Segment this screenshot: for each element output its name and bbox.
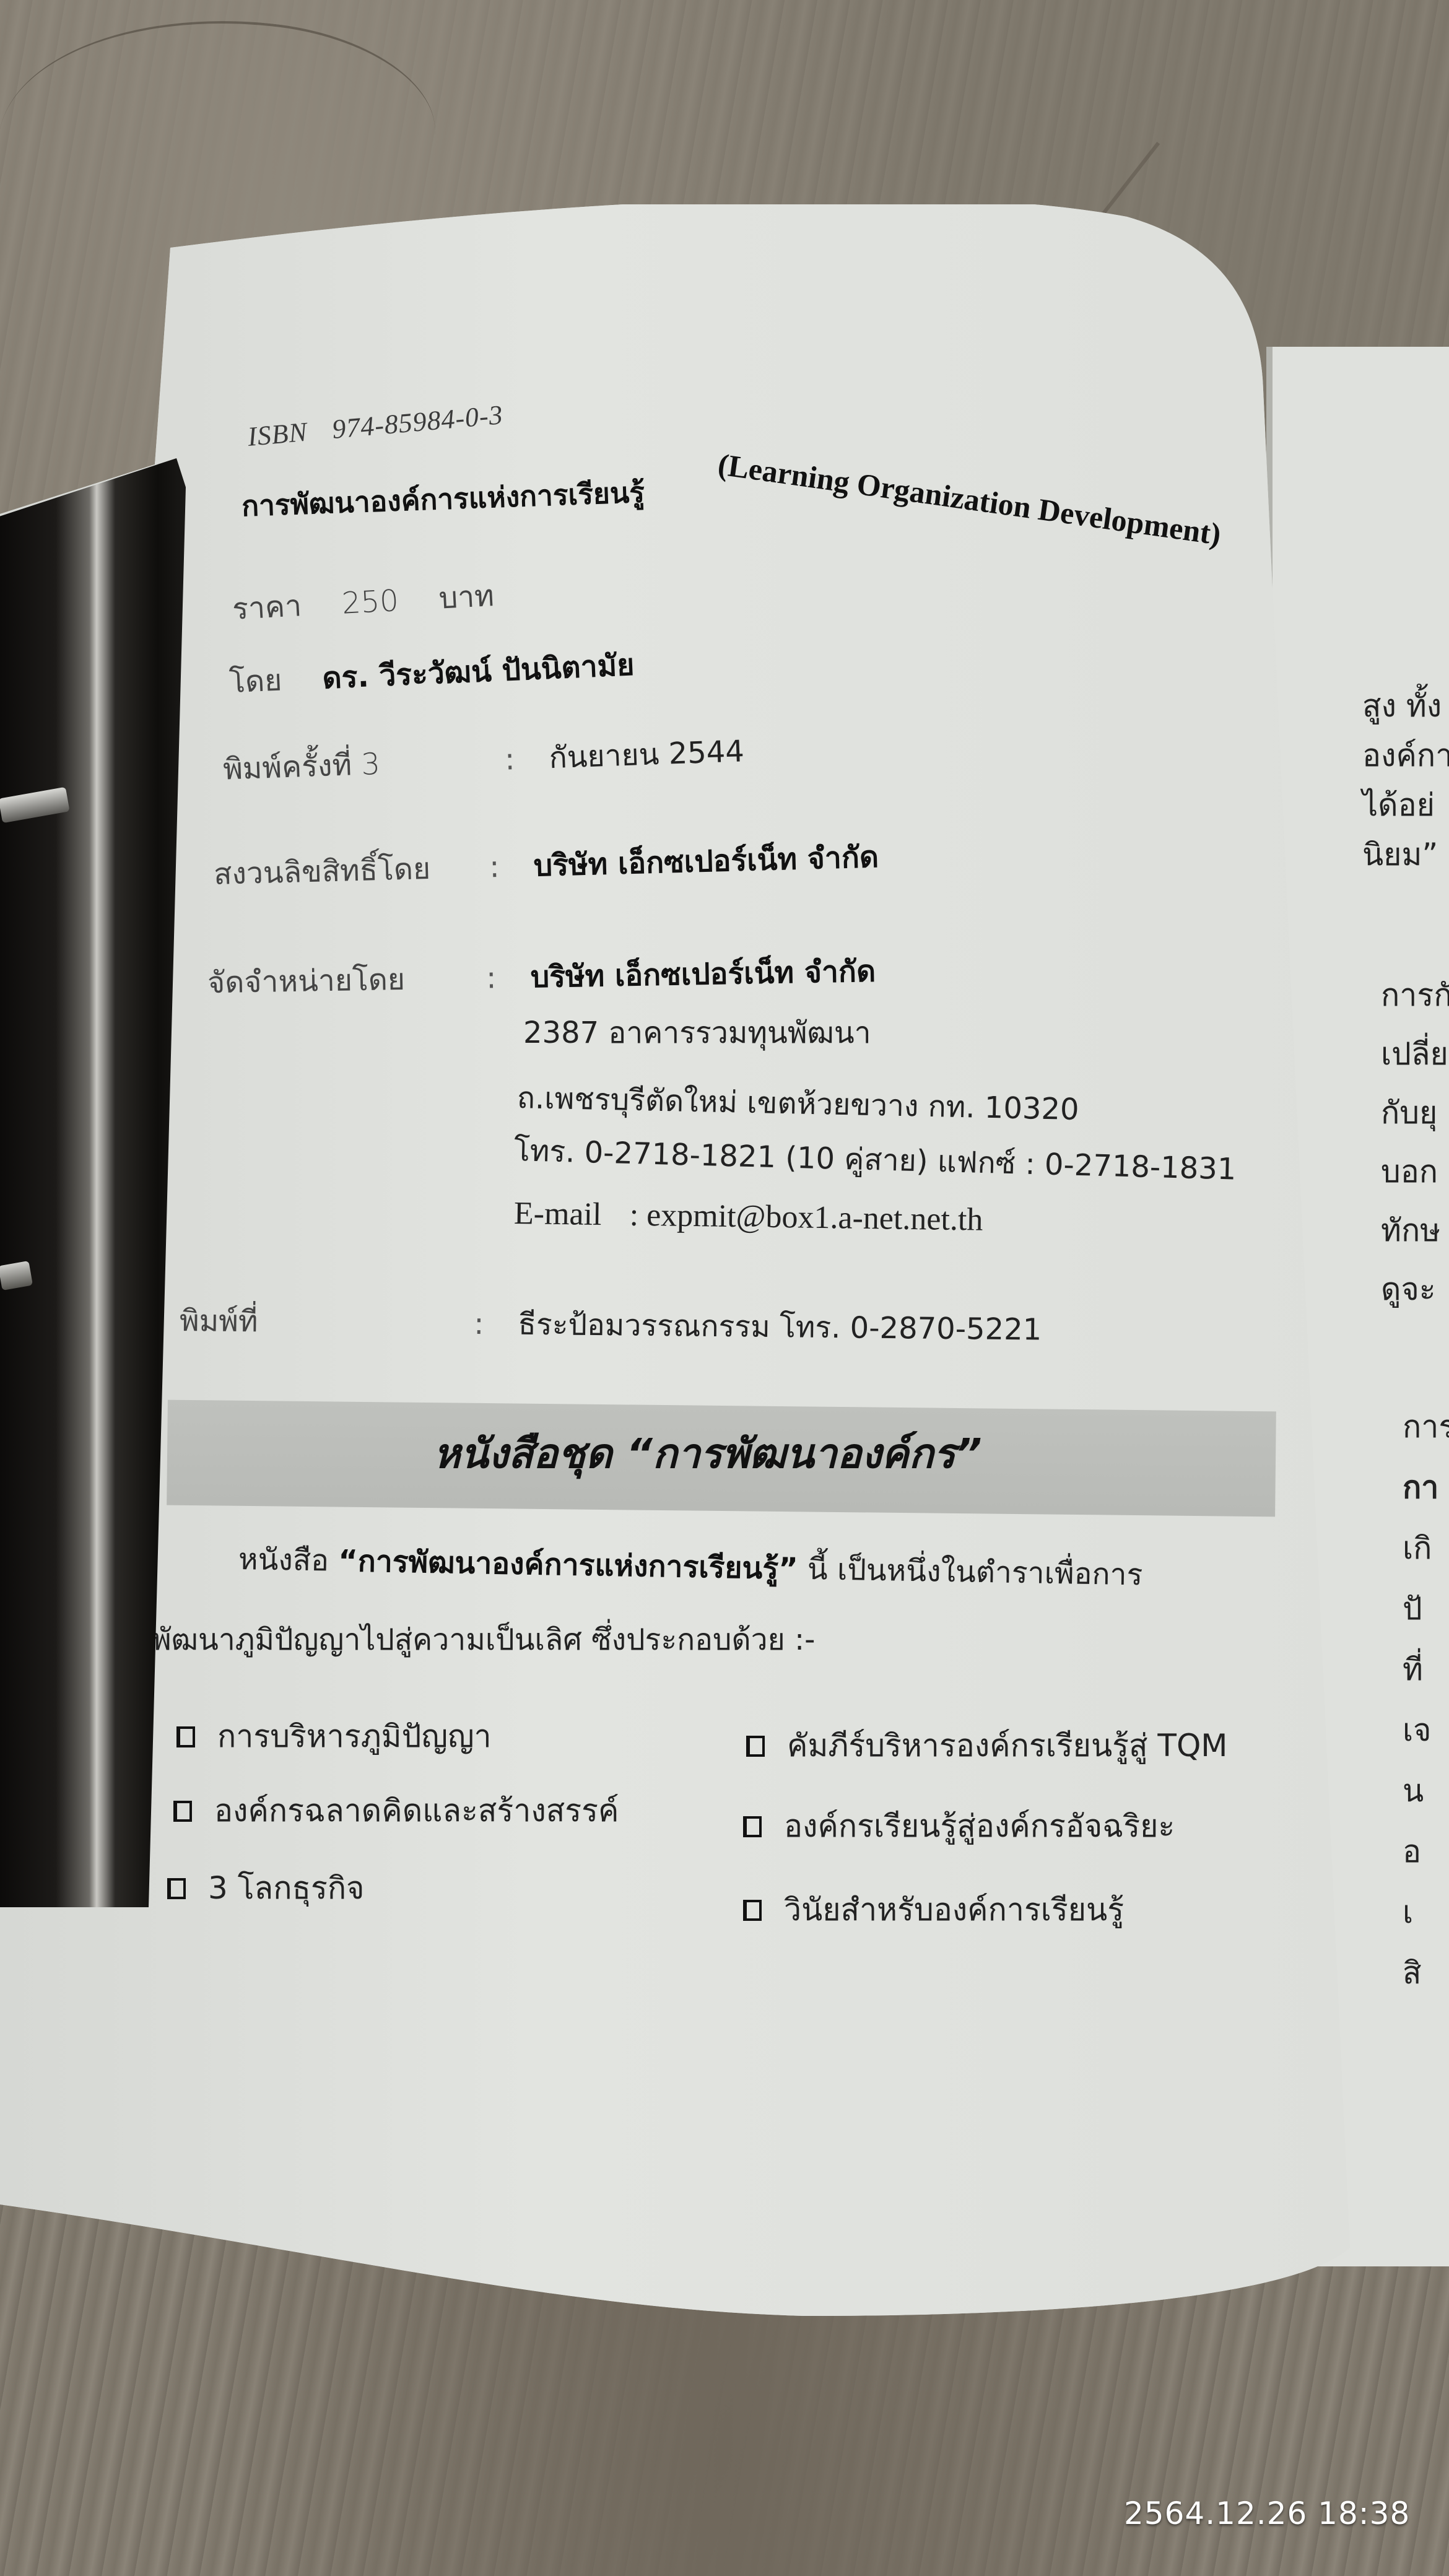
distributor-row: จัดจำหน่ายโดย : บริษัท เอ็กซเปอร์เน็ท จำ… <box>207 948 876 1007</box>
price-label: ราคา <box>232 588 303 627</box>
distributor-company: บริษัท เอ็กซเปอร์เน็ท จำกัด <box>530 954 876 995</box>
printer-value: ธีระป้อมวรรณกรรม โทร. 0-2870-5221 <box>518 1307 1042 1347</box>
edition-row: พิมพ์ครั้งที่ 3 : กันยายน 2544 <box>222 728 745 793</box>
author-row: โดย ดร. วีระวัฒน์ ปันนิตามัย <box>228 642 635 706</box>
distributor-label: จัดจำหน่ายโดย <box>207 955 477 1007</box>
author-name: ดร. วีระวัฒน์ ปันนิตามัย <box>321 648 635 696</box>
series-book-title: การบริหารภูมิปัญญา <box>217 1712 492 1761</box>
colon: : <box>474 1307 484 1341</box>
checkbox-square-icon <box>746 1736 765 1757</box>
checkbox-square-icon <box>743 1816 762 1837</box>
series-book-item: องค์กรเรียนรู้สู่องค์กรอัจฉริยะ <box>743 1802 1175 1851</box>
copyright-label: สงวนลิขสิทธิ์โดย <box>213 844 481 898</box>
series-book-title: วินัยสำหรับองค์การเรียนรู้ <box>784 1886 1124 1934</box>
series-book-item: คัมภีร์บริหารองค์กรเรียนรู้สู่ TQM <box>746 1721 1227 1770</box>
distributor-address-1: 2387 อาคารรวมทุนพัฒนา <box>523 1009 871 1056</box>
edition-label: พิมพ์ครั้งที่ 3 <box>222 736 496 793</box>
intro-suffix: นี้ เป็นหนึ่งในตำราเพื่อการ <box>798 1552 1143 1593</box>
author-label: โดย <box>228 663 282 700</box>
colon: : <box>486 960 497 995</box>
isbn-label: ISBN <box>246 417 309 452</box>
series-book-title: คัมภีร์บริหารองค์กรเรียนรู้สู่ TQM <box>787 1721 1227 1770</box>
checkbox-square-icon <box>167 1878 186 1899</box>
distributor-address-2: ถ.เพชรบุรีตัดใหม่ เขตห้วยขวาง กท. 10320 <box>516 1074 1079 1133</box>
book-title-english: (Learning Organization Development) <box>716 446 1223 552</box>
colon: : <box>489 850 500 884</box>
isbn: ISBN974-85984-0-3 <box>246 399 505 453</box>
price-unit: บาท <box>438 578 495 616</box>
copyright-holder: บริษัท เอ็กซเปอร์เน็ท จำกัด <box>533 840 879 884</box>
series-book-item: องค์กรฉลาดคิดและสร้างสรรค์ <box>173 1786 619 1835</box>
copyright-page-content: ISBN974-85984-0-3 การพัฒนาองค์การแห่งการ… <box>0 0 1449 2576</box>
intro-book-title: “การพัฒนาองค์การแห่งการเรียนรู้” <box>338 1544 798 1586</box>
series-book-title: องค์กรฉลาดคิดและสร้างสรรค์ <box>214 1786 619 1835</box>
edition-date: กันยายน 2544 <box>549 734 745 775</box>
printer-row: พิมพ์ที่ : ธีระป้อมวรรณกรรม โทร. 0-2870-… <box>180 1297 1042 1354</box>
book-title-thai: การพัฒนาองค์การแห่งการเรียนรู้ <box>241 470 645 529</box>
printer-label: พิมพ์ที่ <box>180 1297 465 1347</box>
series-book-title: องค์กรเรียนรู้สู่องค์กรอัจฉริยะ <box>784 1802 1175 1851</box>
checkbox-square-icon <box>173 1801 192 1822</box>
photo-timestamp: 2564.12.26 18:38 <box>1124 2495 1410 2531</box>
series-intro-line-2: พัฒนาภูมิปัญญาไปสู่ความเป็นเลิศ ซึ่งประก… <box>152 1616 815 1663</box>
email-label: E-mail <box>514 1196 602 1232</box>
colon: : <box>504 742 515 777</box>
price-amount: 250 <box>341 583 399 621</box>
series-intro-line-1: หนังสือ “การพัฒนาองค์การแห่งการเรียนรู้”… <box>238 1536 1143 1598</box>
copyright-row: สงวนลิขสิทธิ์โดย : บริษัท เอ็กซเปอร์เน็ท… <box>213 833 879 898</box>
isbn-value: 974-85984-0-3 <box>331 399 504 445</box>
intro-prefix: หนังสือ <box>238 1542 339 1578</box>
email-value: : expmit@box1.a-net.net.th <box>629 1198 983 1238</box>
series-book-item: วินัยสำหรับองค์การเรียนรู้ <box>743 1886 1124 1934</box>
checkbox-square-icon <box>176 1726 195 1747</box>
series-book-item: 3 โลกธุรกิจ <box>167 1864 364 1913</box>
series-book-item: การบริหารภูมิปัญญา <box>176 1712 492 1761</box>
price-row: ราคา 250 บาท <box>231 572 495 633</box>
series-book-title: 3 โลกธุรกิจ <box>208 1864 364 1913</box>
checkbox-square-icon <box>743 1900 762 1921</box>
distributor-email-row: E-mail : expmit@box1.a-net.net.th <box>514 1195 983 1238</box>
series-heading: หนังสือชุด “การพัฒนาองค์กร” <box>433 1421 982 1486</box>
distributor-phone: โทร. 0-2718-1821 (10 คู่สาย) แฟกซ์ : 0-2… <box>513 1127 1237 1193</box>
